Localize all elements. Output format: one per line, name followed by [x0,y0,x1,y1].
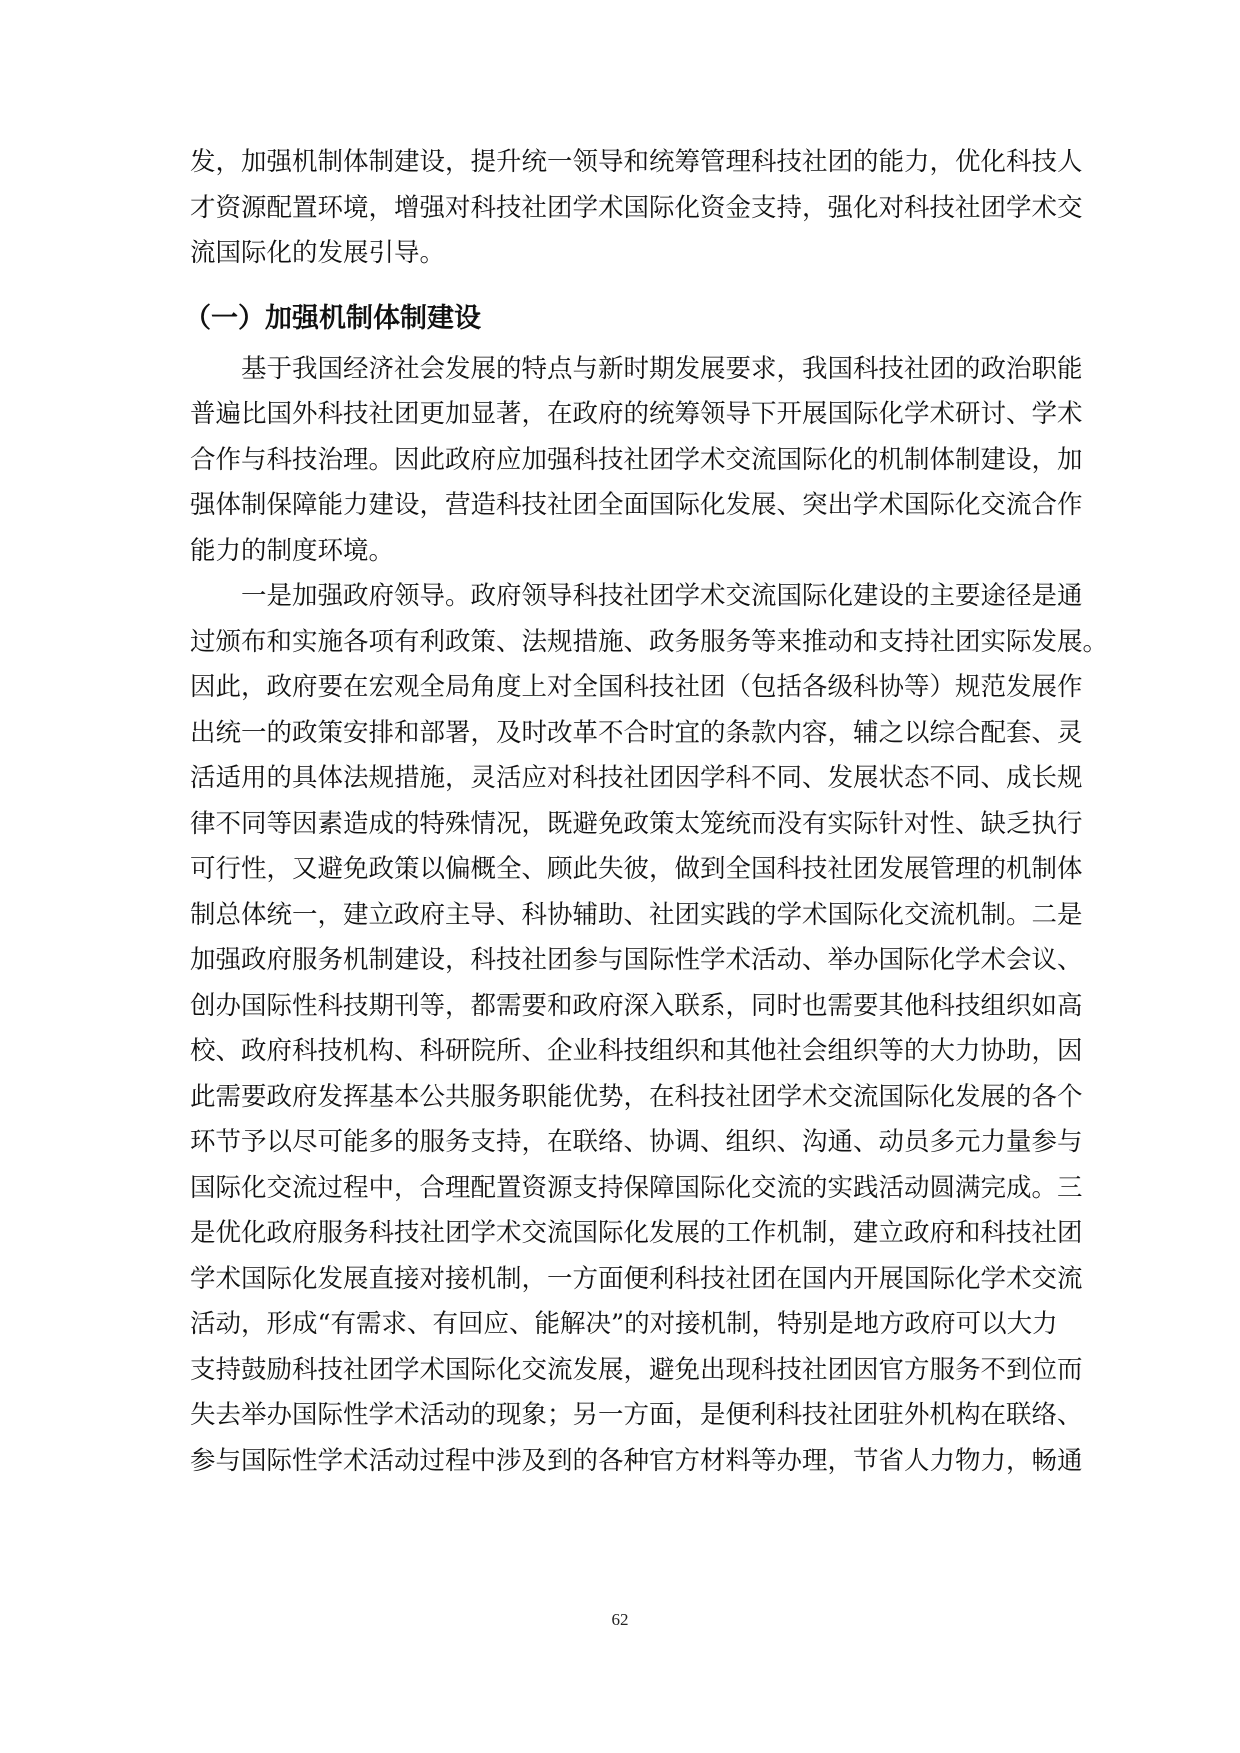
text-line: 参与国际性学术活动过程中涉及到的各种官方材料等办理，节省人力物力，畅通 [190,1439,1052,1485]
text-line: 律不同等因素造成的特殊情况，既避免政策太笼统而没有实际针对性、缺乏执行 [190,802,1052,848]
text-line: 出统一的政策安排和部署，及时改革不合时宜的条款内容，辅之以综合配套、灵 [190,711,1052,757]
text-line: 能力的制度环境。 [190,529,1052,575]
text-line: 可行性，又避免政策以偏概全、顾此失彼，做到全国科技社团发展管理的机制体 [190,847,1052,893]
text-line: 校、政府科技机构、科研院所、企业科技组织和其他社会组织等的大力协助，因 [190,1029,1052,1075]
text-line: 合作与科技治理。因此政府应加强科技社团学术交流国际化的机制体制建设，加 [190,438,1052,484]
section-heading: （一）加强机制体制建设 [184,291,1052,347]
text-line: 因此，政府要在宏观全局角度上对全国科技社团（包括各级科协等）规范发展作 [190,665,1052,711]
text-line: 加强政府服务机制建设，科技社团参与国际性学术活动、举办国际化学术会议、 [190,938,1052,984]
text-line: 强体制保障能力建设，营造科技社团全面国际化发展、突出学术国际化交流合作 [190,483,1052,529]
text-line: 制总体统一，建立政府主导、科协辅助、社团实践的学术国际化交流机制。二是 [190,893,1052,939]
text-line: 国际化交流过程中，合理配置资源支持保障国际化交流的实践活动圆满完成。三 [190,1166,1052,1212]
text-line: 是优化政府服务科技社团学术交流国际化发展的工作机制，建立政府和科技社团 [190,1211,1052,1257]
text-line: 发，加强机制体制建设，提升统一领导和统筹管理科技社团的能力，优化科技人 [190,140,1052,186]
text-line: 此需要政府发挥基本公共服务职能优势，在科技社团学术交流国际化发展的各个 [190,1075,1052,1121]
text-line: 失去举办国际性学术活动的现象；另一方面，是便利科技社团驻外机构在联络、 [190,1393,1052,1439]
paragraph-government-leadership: 一是加强政府领导。政府领导科技社团学术交流国际化建设的主要途径是通 过颁布和实施… [190,574,1052,1484]
text-line: 基于我国经济社会发展的特点与新时期发展要求，我国科技社团的政治职能 [190,347,1052,393]
text-line: 流国际化的发展引导。 [190,231,1052,277]
text-line: 一是加强政府领导。政府领导科技社团学术交流国际化建设的主要途径是通 [190,574,1052,620]
page-number: 62 [0,1610,1240,1630]
text-line: 活适用的具体法规措施，灵活应对科技社团因学科不同、发展状态不同、成长规 [190,756,1052,802]
text-line: 普遍比国外科技社团更加显著，在政府的统筹领导下开展国际化学术研讨、学术 [190,392,1052,438]
text-line: 创办国际性科技期刊等，都需要和政府深入联系，同时也需要其他科技组织如高 [190,984,1052,1030]
paragraph-background: 基于我国经济社会发展的特点与新时期发展要求，我国科技社团的政治职能 普遍比国外科… [190,347,1052,575]
text-line: 支持鼓励科技社团学术国际化交流发展，避免出现科技社团因官方服务不到位而 [190,1348,1052,1394]
document-page: 发，加强机制体制建设，提升统一领导和统筹管理科技社团的能力，优化科技人 才资源配… [190,140,1052,1484]
text-line: 才资源配置环境，增强对科技社团学术国际化资金支持，强化对科技社团学术交 [190,186,1052,232]
intro-paragraph: 发，加强机制体制建设，提升统一领导和统筹管理科技社团的能力，优化科技人 才资源配… [190,140,1052,277]
text-line: 学术国际化发展直接对接机制，一方面便利科技社团在国内开展国际化学术交流 [190,1257,1052,1303]
text-line: 环节予以尽可能多的服务支持，在联络、协调、组织、沟通、动员多元力量参与 [190,1120,1052,1166]
text-line: 活动，形成“有需求、有回应、能解决”的对接机制，特别是地方政府可以大力 [190,1302,1052,1348]
text-line: 过颁布和实施各项有利政策、法规措施、政务服务等来推动和支持社团实际发展。 [190,620,1052,666]
